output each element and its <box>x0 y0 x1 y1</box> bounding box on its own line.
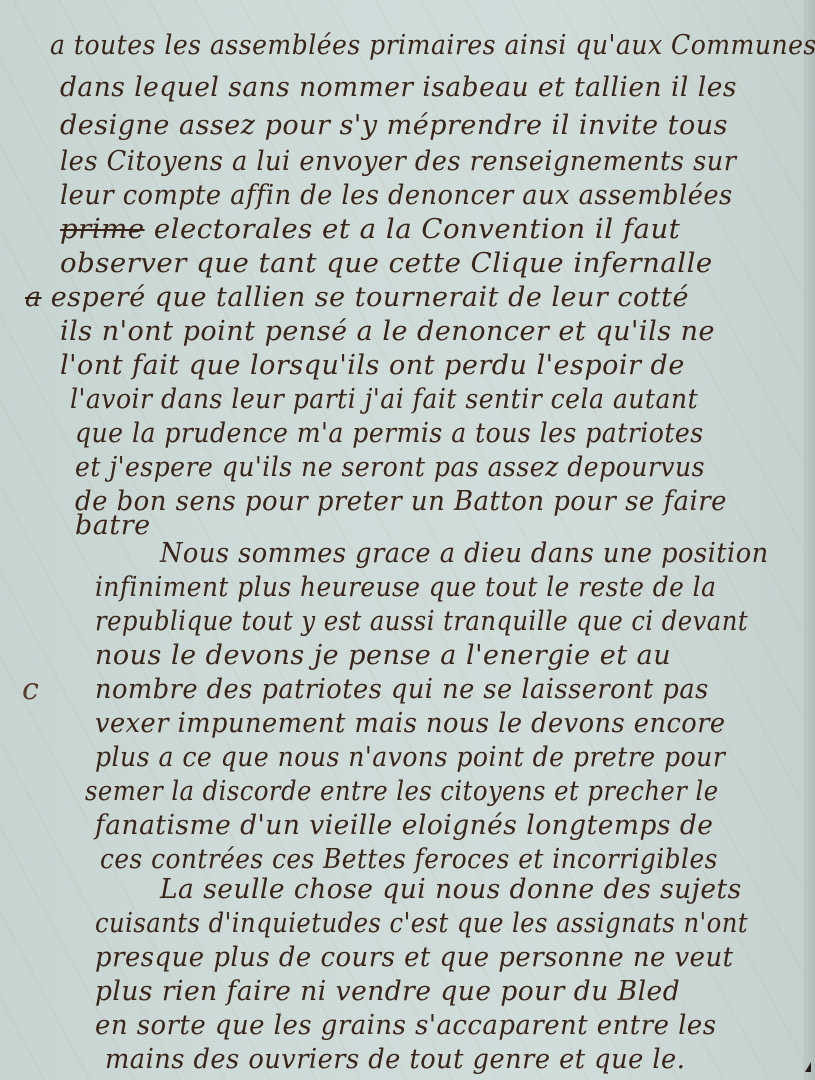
manuscript-line-31: mains des ouvriers de tout genre et que … <box>105 1044 685 1075</box>
manuscript-line-21: vexer impunement mais nous le devons enc… <box>95 708 726 739</box>
manuscript-line-15: batre <box>75 510 151 541</box>
manuscript-line-20: nombre des patriotes qui ne se laisseron… <box>95 674 709 705</box>
corner-mark <box>805 1062 811 1072</box>
manuscript-line-17: infiniment plus heureuse que tout le res… <box>95 572 716 603</box>
manuscript-line-2: dans lequel sans nommer isabeau et talli… <box>60 72 737 103</box>
manuscript-line-13: et j'espere qu'ils ne seront pas assez d… <box>75 452 705 483</box>
line-6-text: electorales et a la Convention il faut <box>154 214 680 245</box>
line-8-text: esperé que tallien se tournerait de leur… <box>51 282 689 313</box>
manuscript-page: c a toutes les assemblées primaires ains… <box>0 0 815 1080</box>
manuscript-line-10: l'ont fait que lorsqu'ils ont perdu l'es… <box>60 350 685 381</box>
manuscript-line-14: de bon sens pour preter un Batton pour s… <box>75 486 727 517</box>
manuscript-line-5: leur compte affin de les denoncer aux as… <box>60 180 733 211</box>
manuscript-line-26: La seulle chose qui nous donne des sujet… <box>160 874 742 905</box>
manuscript-line-24: fanatisme d'un vieille eloignés longtemp… <box>95 810 713 841</box>
manuscript-line-29: plus rien faire ni vendre que pour du Bl… <box>95 976 680 1007</box>
manuscript-line-8: a esperé que tallien se tournerait de le… <box>25 282 689 313</box>
manuscript-line-28: presque plus de cours et que personne ne… <box>95 942 734 973</box>
page-edge <box>804 0 815 1080</box>
manuscript-line-19: nous le devons je pense a l'energie et a… <box>95 640 671 671</box>
manuscript-line-23: semer la discorde entre les citoyens et … <box>85 776 719 807</box>
manuscript-line-30: en sorte que les grains s'accaparent ent… <box>95 1010 716 1041</box>
manuscript-line-27: cuisants d'inquietudes c'est que les ass… <box>95 908 748 939</box>
manuscript-line-6: prime electorales et a la Convention il … <box>60 214 680 245</box>
struck-word: prime <box>60 214 145 245</box>
manuscript-line-25: ces contrées ces Bettes feroces et incor… <box>100 844 718 875</box>
manuscript-line-4: les Citoyens a lui envoyer des renseigne… <box>60 146 736 177</box>
manuscript-line-16: Nous sommes grace a dieu dans une positi… <box>160 538 769 569</box>
manuscript-line-3: designe assez pour s'y méprendre il invi… <box>60 110 728 141</box>
manuscript-line-22: plus a ce que nous n'avons point de pret… <box>95 742 725 773</box>
struck-word: a <box>25 282 42 313</box>
manuscript-line-18: republique tout y est aussi tranquille q… <box>95 606 748 637</box>
manuscript-line-9: ils n'ont point pensé a le denoncer et q… <box>60 316 715 347</box>
manuscript-line-12: que la prudence m'a permis a tous les pa… <box>75 418 704 449</box>
manuscript-line-1: a toutes les assemblées primaires ainsi … <box>50 30 815 61</box>
manuscript-line-7: observer que tant que cette Clique infer… <box>60 248 713 279</box>
margin-mark: c <box>22 672 39 707</box>
manuscript-line-11: l'avoir dans leur parti j'ai fait sentir… <box>70 384 698 415</box>
